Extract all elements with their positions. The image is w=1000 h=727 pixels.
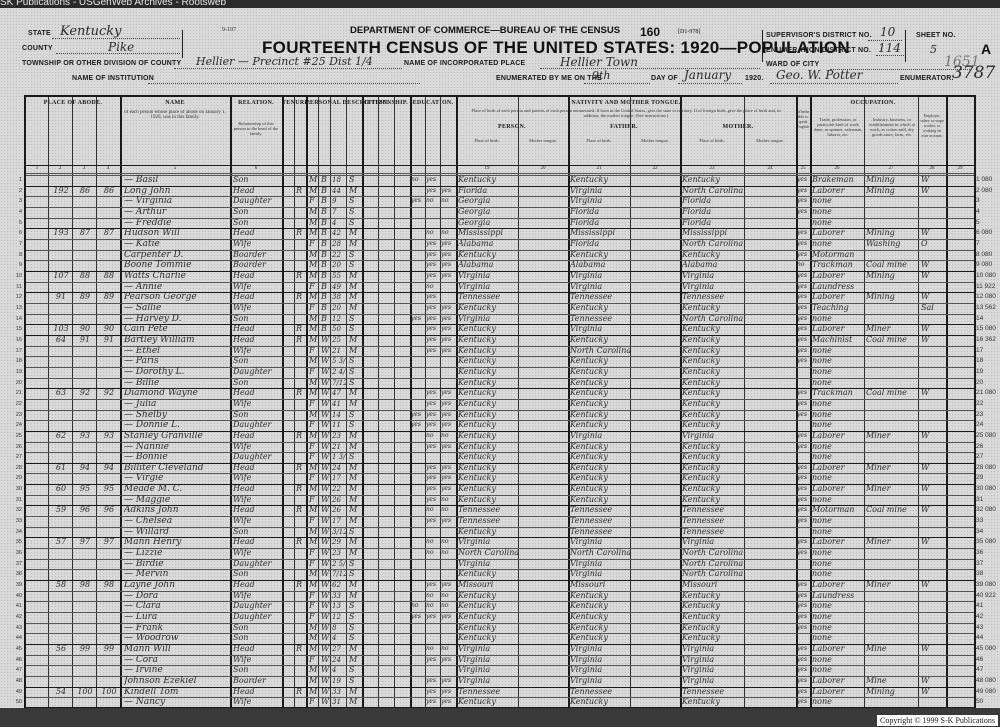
person-name: — Bonnie <box>124 452 228 463</box>
person-birthplace: Virginia <box>458 537 518 548</box>
occupation-trade: none <box>812 473 864 484</box>
dwelling-number <box>50 495 72 506</box>
relation: Head <box>233 431 281 442</box>
father-birthplace: Kentucky <box>570 633 630 644</box>
relation: Wife <box>233 591 281 602</box>
copyright-notice: Copyright © 1999 S-K Publications <box>877 715 998 726</box>
occupation-trade: Teaching <box>812 303 864 314</box>
able-to-read <box>426 623 440 634</box>
race: W <box>321 548 331 559</box>
person-birthplace: Kentucky <box>458 431 518 442</box>
occupation-industry <box>866 473 918 484</box>
race: W <box>321 356 331 367</box>
person-name: — Irvine <box>124 665 228 676</box>
marital-status: S <box>349 196 361 207</box>
person-birthplace: Kentucky <box>458 346 518 357</box>
occupation-industry <box>866 282 918 293</box>
dwelling-number: 192 <box>50 186 72 197</box>
race: W <box>321 516 331 527</box>
race: B <box>321 260 331 271</box>
able-to-write: yes <box>441 463 455 474</box>
able-to-write: yes <box>441 676 455 687</box>
father-birthplace: Kentucky <box>570 399 630 410</box>
tenure <box>296 356 306 367</box>
occupation-industry: Coal mine <box>866 388 918 399</box>
able-to-write: yes <box>441 697 455 708</box>
attended-school <box>411 250 425 261</box>
attended-school <box>411 292 425 303</box>
sex: M <box>309 335 319 346</box>
person-birthplace: Kentucky <box>458 335 518 346</box>
family-number: 100 <box>74 687 96 698</box>
speaks-english: yes <box>797 644 810 655</box>
table-row: 16 64 91 91 Bartley William Head R M W 2… <box>26 335 974 346</box>
relation: Boarder <box>233 250 281 261</box>
able-to-write: yes <box>441 442 455 453</box>
table-row: 36 — Lizzie Wife F W 23 M no no North Ca… <box>26 548 974 559</box>
speaks-english <box>797 527 810 538</box>
mother-birthplace: North Carolina <box>682 239 744 250</box>
worker-class <box>921 452 945 463</box>
race: W <box>321 346 331 357</box>
family-visit-number <box>98 665 120 676</box>
able-to-read: no <box>426 591 440 602</box>
father-birthplace: Virginia <box>570 431 630 442</box>
occupation-code: 6 080 <box>976 228 992 239</box>
occupation-code: 24 <box>976 420 983 431</box>
line-number: 23 <box>4 410 22 421</box>
able-to-read: no <box>426 548 440 559</box>
person-birthplace: Florida <box>458 186 518 197</box>
worker-class: W <box>921 484 945 495</box>
speaks-english <box>797 378 810 389</box>
worker-class <box>921 612 945 623</box>
dwelling-number <box>50 378 72 389</box>
attended-school <box>411 239 425 250</box>
sex: M <box>309 218 319 229</box>
tenure <box>296 303 306 314</box>
marital-status: S <box>349 601 361 612</box>
person-birthplace: Virginia <box>458 271 518 282</box>
mother-birthplace: Alabama <box>682 260 744 271</box>
race: W <box>321 378 331 389</box>
marital-status: M <box>349 473 361 484</box>
occupation-industry: Mine <box>866 644 918 655</box>
able-to-write: yes <box>441 580 455 591</box>
sex: F <box>309 442 319 453</box>
person-birthplace: Virginia <box>458 314 518 325</box>
marital-status: M <box>349 431 361 442</box>
speaks-english: yes <box>797 346 810 357</box>
occupation-trade: Laborer <box>812 644 864 655</box>
marital-status: M <box>349 463 361 474</box>
family-number: 97 <box>74 537 96 548</box>
marital-status: M <box>349 303 361 314</box>
sex: F <box>309 516 319 527</box>
race: W <box>321 569 331 580</box>
sex: M <box>309 186 319 197</box>
family-number: 86 <box>74 186 96 197</box>
able-to-write <box>441 367 455 378</box>
tenure: R <box>296 335 306 346</box>
age: 3/12 <box>332 527 347 538</box>
relation: Head <box>233 644 281 655</box>
worker-class: W <box>921 463 945 474</box>
able-to-read: yes <box>426 324 440 335</box>
person-birthplace: Kentucky <box>458 591 518 602</box>
able-to-read: yes <box>426 303 440 314</box>
father-birthplace: Tennessee <box>570 687 630 698</box>
father-birthplace: Kentucky <box>570 367 630 378</box>
age: 62 <box>332 580 347 591</box>
father-birthplace: Kentucky <box>570 356 630 367</box>
family-visit-number <box>98 260 120 271</box>
marital-status: M <box>349 292 361 303</box>
occupation-code: 44 <box>976 633 983 644</box>
occupation-industry: Miner <box>866 580 918 591</box>
family-number: 91 <box>74 335 96 346</box>
occupation-code: 17 <box>976 346 983 357</box>
mother-birthplace: Kentucky <box>682 463 744 474</box>
able-to-write <box>441 623 455 634</box>
marital-status: S <box>349 665 361 676</box>
person-birthplace: Virginia <box>458 676 518 687</box>
bottom-edge: Copyright © 1999 S-K Publications <box>0 708 1000 727</box>
family-visit-number: 86 <box>98 186 120 197</box>
family-number: 88 <box>74 271 96 282</box>
able-to-write: no <box>441 196 455 207</box>
able-to-write <box>441 282 455 293</box>
table-row: 1 — Basil Son M B 18 S no yes Kentucky K… <box>26 175 974 186</box>
attended-school <box>411 218 425 229</box>
incorporated-place-label: NAME OF INCORPORATED PLACE <box>404 60 525 67</box>
father-birthplace: North Carolina <box>570 548 630 559</box>
attended-school <box>411 271 425 282</box>
age: 44 <box>332 186 347 197</box>
tenure <box>296 452 306 463</box>
dwelling-number <box>50 676 72 687</box>
occupation-trade: Laborer <box>812 676 864 687</box>
occupation-code: 40 922 <box>976 591 996 602</box>
speaks-english: yes <box>797 388 810 399</box>
family-visit-number <box>98 218 120 229</box>
occupation-trade: Laborer <box>812 484 864 495</box>
relation: Daughter <box>233 367 281 378</box>
family-number <box>74 548 96 559</box>
census-table: PLACE OF ABODE. NAME of each person whos… <box>24 95 976 709</box>
occupation-code: 8 080 <box>976 250 992 261</box>
dwelling-number <box>50 665 72 676</box>
able-to-read: yes <box>426 655 440 666</box>
table-row: 42 — Lura Daughter F W 12 S yes yes yes … <box>26 612 974 623</box>
able-to-read: yes <box>426 292 440 303</box>
tenure <box>296 612 306 623</box>
father-birthplace: Kentucky <box>570 601 630 612</box>
mother-birthplace: Tennessee <box>682 505 744 516</box>
attended-school <box>411 623 425 634</box>
father-birthplace: Kentucky <box>570 388 630 399</box>
worker-class <box>921 367 945 378</box>
tenure <box>296 175 306 186</box>
line-number: 50 <box>4 697 22 708</box>
person-name: Boone Tommie <box>124 260 228 271</box>
age: 27 <box>332 644 347 655</box>
line-number: 48 <box>4 676 22 687</box>
able-to-write: yes <box>441 388 455 399</box>
occupation-trade: none <box>812 612 864 623</box>
able-to-read: yes <box>426 346 440 357</box>
person-birthplace: Tennessee <box>458 292 518 303</box>
family-number <box>74 218 96 229</box>
relation: Head <box>233 292 281 303</box>
line-number: 47 <box>4 665 22 676</box>
dwelling-number: 62 <box>50 431 72 442</box>
sex: M <box>309 569 319 580</box>
father-birthplace: Virginia <box>570 196 630 207</box>
age: 8 <box>332 623 347 634</box>
able-to-write <box>441 175 455 186</box>
person-name: — Maggie <box>124 495 228 506</box>
occupation-industry <box>866 591 918 602</box>
occupation-trade: Trackman <box>812 260 864 271</box>
able-to-write: yes <box>441 335 455 346</box>
attended-school <box>411 665 425 676</box>
able-to-write: yes <box>441 346 455 357</box>
dwelling-number: 103 <box>50 324 72 335</box>
person-birthplace: Georgia <box>458 196 518 207</box>
relation: Wife <box>233 697 281 708</box>
mother-birthplace: Mississippi <box>682 228 744 239</box>
mother-birthplace: Tennessee <box>682 292 744 303</box>
worker-class <box>921 250 945 261</box>
worker-class <box>921 495 945 506</box>
mother-birthplace: Virginia <box>682 537 744 548</box>
relation: Son <box>233 623 281 634</box>
occupation-industry: Mining <box>866 175 918 186</box>
relation: Wife <box>233 442 281 453</box>
sex: M <box>309 207 319 218</box>
table-row: 3 — Virginia Daughter F B 9 S yes no no … <box>26 196 974 207</box>
mother-birthplace: Kentucky <box>682 484 744 495</box>
family-number <box>74 697 96 708</box>
race: W <box>321 612 331 623</box>
age: 13 <box>332 601 347 612</box>
able-to-write: no <box>441 505 455 516</box>
father-birthplace: Kentucky <box>570 410 630 421</box>
relation: Wife <box>233 516 281 527</box>
tenure <box>296 527 306 538</box>
occupation-trade: none <box>812 367 864 378</box>
line-number: 43 <box>4 623 22 634</box>
occupation-code: 28 080 <box>976 463 996 474</box>
marital-status: S <box>349 324 361 335</box>
occupation-industry <box>866 612 918 623</box>
speaks-english: yes <box>797 665 810 676</box>
person-name: — Shelby <box>124 410 228 421</box>
able-to-write: no <box>441 495 455 506</box>
family-visit-number <box>98 442 120 453</box>
occupation-trade: none <box>812 665 864 676</box>
occupation-code: 5 <box>976 218 980 229</box>
father-birthplace: Kentucky <box>570 442 630 453</box>
race: W <box>321 399 331 410</box>
family-number <box>74 314 96 325</box>
able-to-read <box>426 665 440 676</box>
relation: Daughter <box>233 601 281 612</box>
occupation-code: 7 <box>976 239 980 250</box>
dwelling-number: 59 <box>50 505 72 516</box>
worker-class: W <box>921 537 945 548</box>
tenure <box>296 697 306 708</box>
person-tongue-label: Mother tongue. <box>518 138 568 143</box>
worker-class <box>921 601 945 612</box>
worker-class <box>921 591 945 602</box>
sex: M <box>309 676 319 687</box>
sex: M <box>309 580 319 591</box>
age: 22 <box>332 250 347 261</box>
occupation-industry: Mining <box>866 292 918 303</box>
mother-birthplace: Kentucky <box>682 452 744 463</box>
marital-status: M <box>349 591 361 602</box>
relation: Daughter <box>233 612 281 623</box>
occupation-code: 34 <box>976 527 983 538</box>
sex: F <box>309 601 319 612</box>
tenure <box>296 623 306 634</box>
line-number: 46 <box>4 655 22 666</box>
line-number: 11 <box>4 282 22 293</box>
line-number: 37 <box>4 559 22 570</box>
attended-school <box>411 282 425 293</box>
occupation-trade: none <box>812 655 864 666</box>
occupation-trade: none <box>812 452 864 463</box>
table-row: 41 — Clara Daughter F W 13 S no no no Ke… <box>26 601 974 612</box>
occupation-trade: Laborer <box>812 463 864 474</box>
sex: M <box>309 633 319 644</box>
line-number: 39 <box>4 580 22 591</box>
marital-status: M <box>349 495 361 506</box>
occupation-trade: Motorman <box>812 250 864 261</box>
marital-status: S <box>349 367 361 378</box>
able-to-write: yes <box>441 186 455 197</box>
person-birthplace: Kentucky <box>458 623 518 634</box>
table-row: 35 57 97 97 Mann Henry Head R M W 29 M n… <box>26 537 974 548</box>
age: 38 <box>332 292 347 303</box>
window-title-bar: SK Publications - USGenWeb Archives - Ro… <box>0 0 1000 8</box>
relation: Head <box>233 228 281 239</box>
table-row: 50 — Nancy Wife F W 31 M yes yes Kentuck… <box>26 697 974 708</box>
speak-english-header: Whether able to speak English. <box>797 109 809 149</box>
attended-school <box>411 655 425 666</box>
father-birthplace: Tennessee <box>570 516 630 527</box>
person-birthplace: Kentucky <box>458 484 518 495</box>
able-to-write: no <box>441 601 455 612</box>
speaks-english: yes <box>797 687 810 698</box>
occupation-code: 11 922 <box>976 282 995 293</box>
mother-birthplace: Kentucky <box>682 697 744 708</box>
family-number <box>74 196 96 207</box>
sex: M <box>309 644 319 655</box>
tenure <box>296 591 306 602</box>
table-row: 13 — Sallie Wife F B 20 M yes yes Kentuc… <box>26 303 974 314</box>
able-to-read: yes <box>426 186 440 197</box>
age: 26 <box>332 505 347 516</box>
family-number <box>74 559 96 570</box>
family-number <box>74 516 96 527</box>
relation: Head <box>233 335 281 346</box>
attended-school: yes <box>411 420 425 431</box>
table-row: 43 — Frank Son M W 8 S Kentucky Kentucky… <box>26 623 974 634</box>
worker-class <box>921 633 945 644</box>
mother-birth-label: Place of birth. <box>680 138 744 143</box>
person-birthplace: Georgia <box>458 207 518 218</box>
sex: M <box>309 463 319 474</box>
person-birthplace: Kentucky <box>458 527 518 538</box>
speaks-english: no <box>797 260 810 271</box>
age: 42 <box>332 228 347 239</box>
able-to-write: no <box>441 591 455 602</box>
family-number <box>74 250 96 261</box>
marital-status: M <box>349 228 361 239</box>
line-number: 49 <box>4 687 22 698</box>
dwelling-number <box>50 346 72 357</box>
dwelling-number <box>50 655 72 666</box>
able-to-write: no <box>441 228 455 239</box>
family-number: 94 <box>74 463 96 474</box>
occupation-code: 21 080 <box>976 388 996 399</box>
worker-class <box>921 346 945 357</box>
occupation-trade: none <box>812 442 864 453</box>
relation: Head <box>233 687 281 698</box>
able-to-read: no <box>426 228 440 239</box>
able-to-read: yes <box>426 687 440 698</box>
family-visit-number <box>98 378 120 389</box>
relation: Wife <box>233 303 281 314</box>
line-number: 35 <box>4 537 22 548</box>
window-title: SK Publications - USGenWeb Archives - Ro… <box>0 0 226 8</box>
father-birthplace: Florida <box>570 218 630 229</box>
age: 12 <box>332 612 347 623</box>
able-to-write: yes <box>441 473 455 484</box>
line-number: 15 <box>4 324 22 335</box>
occupation-industry <box>866 655 918 666</box>
able-to-read <box>426 452 440 463</box>
race: B <box>321 292 331 303</box>
mother-birthplace: Kentucky <box>682 324 744 335</box>
relation: Boarder <box>233 260 281 271</box>
able-to-read <box>426 218 440 229</box>
able-to-read: yes <box>426 676 440 687</box>
occupation-trade: none <box>812 218 864 229</box>
able-to-read: yes <box>426 410 440 421</box>
tenure <box>296 442 306 453</box>
family-visit-number <box>98 314 120 325</box>
person-birthplace: Kentucky <box>458 473 518 484</box>
race: W <box>321 601 331 612</box>
attended-school <box>411 687 425 698</box>
person-name: Pearson George <box>124 292 228 303</box>
family-visit-number <box>98 633 120 644</box>
able-to-read: yes <box>426 271 440 282</box>
person-name: — Harvey D. <box>124 314 228 325</box>
family-visit-number: 91 <box>98 335 120 346</box>
line-number: 26 <box>4 442 22 453</box>
sex: M <box>309 484 319 495</box>
person-name: — Woodrow <box>124 633 228 644</box>
occupation-industry <box>866 452 918 463</box>
tenure: R <box>296 292 306 303</box>
able-to-read: yes <box>426 399 440 410</box>
tenure <box>296 250 306 261</box>
